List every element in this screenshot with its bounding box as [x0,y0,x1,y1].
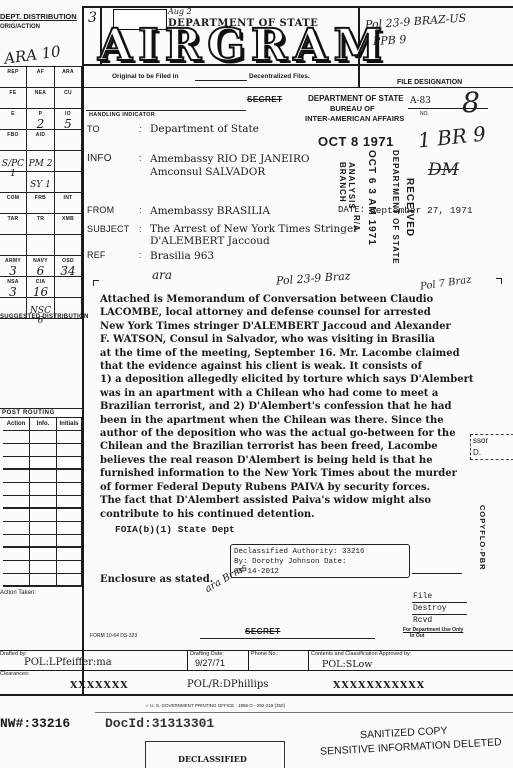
footer-rule-mid [0,670,513,671]
printing-office: ☆ U. S. GOVERNMENT PRINTING OFFICE : 199… [145,703,285,709]
suggested-distribution-label: SUGGESTED DISTRIBUTION [0,314,89,320]
distribution-cell [55,277,82,298]
distribution-cell: REP [0,67,27,88]
from-value: Amembassy BRASILIA [150,205,270,217]
body-line: believes the real reason D'Alembert is b… [100,454,500,467]
drafted-by-value: POL:LPfeiffer:ma [24,657,112,668]
declassified-date: 09-14-2012 [234,567,406,577]
header-bottom-divider [82,87,513,88]
info-label: INFO [87,153,112,164]
distribution-cell: COM [0,193,27,214]
routing-cell [30,522,57,535]
distribution-cell [55,130,82,151]
dept-distribution-label: DEPT. DISTRIBUTION [0,12,77,21]
original-filed-blank [195,80,247,81]
original-filed-label: Original to be Filed in [112,73,178,80]
stamp-department: DEPARTMENT OF STATE [308,94,404,103]
distribution-cell-label: XMB [55,216,81,222]
distribution-cell: IO5 [55,109,82,130]
subject-colon: : [139,224,142,234]
body-line: at the time of the meeting, September 16… [100,347,500,360]
post-routing-label: POST ROUTING [2,410,55,416]
distribution-cell-label: ARA [55,69,81,75]
body-line: F. WATSON, Consul in Salvador, who was v… [100,333,500,346]
printing-rule [95,712,513,713]
distribution-cell [0,235,27,256]
distribution-cell-label: COM [0,195,26,201]
distribution-cell: AID [27,130,55,151]
distribution-cell [55,235,82,256]
action-handwritten: ARA 10 [3,42,62,68]
routing-column-header: Action [3,418,30,431]
action-taken-label: Action Taken: [0,590,36,596]
doc-id: DocId:31313301 [105,716,214,731]
routing-cell [30,483,57,496]
enclosure-note: Enclosure as stated. [100,573,213,586]
body-line: Attached is Memorandum of Conversation b… [100,293,500,306]
in-out-label: In Out [410,633,424,639]
routing-cell [30,509,57,522]
distribution-cell: NEA [27,88,55,109]
file-designation-handwritten-2: PPB 9 [373,33,407,48]
margin-rule-2 [412,602,467,603]
declassified-authority: Declassified Authority: 33216 [234,547,406,557]
routing-cell [57,483,82,496]
to-label: TO [87,124,100,134]
body-line: furnished information to the New York Ti… [100,467,500,480]
footer-divider-2 [248,650,249,670]
distribution-cell-label: CU [55,90,81,96]
distribution-cell: TAR [0,214,27,235]
routing-cell [30,535,57,548]
date-value: September 27, 1971 [370,205,473,216]
phone-label: Phone No.: [251,651,279,657]
distribution-cell-value: 3 [0,264,26,278]
body-paragraph: Attached is Memorandum of Conversation b… [100,293,500,521]
clearances-label: Clearances: [0,671,29,677]
declassification-stamp: Declassified Authority: 33216 By: Doroth… [230,544,410,578]
distribution-cell-label: FE [0,90,26,96]
distribution-cell-value: 3 [0,285,26,299]
routing-cell [3,548,30,561]
nw-number: NW#:33216 [0,716,70,731]
subject-label: SUBJECT [87,224,129,234]
classification-header: SECRET [247,95,282,104]
routing-cell [3,561,30,574]
body-line: Brazilian terrorist, and 2) D'Alembert's… [100,400,500,413]
approved-by-label: Contents and Classification Approved by: [311,651,411,657]
routing-cell [3,470,30,483]
routing-cell [57,509,82,522]
margin-rule-3 [412,614,467,615]
to-colon: : [139,124,142,134]
distribution-cell: OSD34 [55,256,82,277]
form-number: FORM 10-64 DS-323 [90,633,138,639]
to-value: Department of State [150,123,259,135]
decentralized-label: Decentralized Files. [249,73,310,80]
distribution-cell: TR [27,214,55,235]
footer-divider-1 [187,650,188,670]
body-line: 1) a deposition allegedly elicited by to… [100,373,500,386]
distribution-cell-label: AID [27,132,54,138]
circled-number: 3 [88,10,97,26]
footer-divider-3 [308,650,309,670]
ref-label: REF [87,250,106,260]
margin-destroy: Destroy [413,604,447,613]
distribution-cell-label: INT [55,195,81,201]
distribution-cell-label: E [0,111,26,117]
distribution-cell-value: 16 [27,285,54,299]
redacted-fragment-2: D. [473,447,513,459]
routing-cell [3,457,30,470]
distribution-cell-label: TR [27,216,54,222]
distribution-cell: CU [55,88,82,109]
sensitive-info-deleted: SENSITIVE INFORMATION DELETED [320,736,502,757]
body-line: been in the apartment when the Chilean w… [100,414,500,427]
distribution-cell: CIA16 [27,277,55,298]
orig-action-label: ORIG/ACTION [0,24,40,30]
routing-cell [57,561,82,574]
body-line: was in an apartment with a Chilean who h… [100,387,500,400]
clearance-2: POL/R:DPhillips [187,679,268,690]
received-stamp-date: OCT 6 3 AM 1971 [366,150,377,246]
received-stamp-ra: R/A [352,215,361,232]
margin-rcvd: Rcvd [413,616,432,625]
stamp-date: OCT 8 1971 [318,134,394,149]
margin-rule-1 [412,573,462,574]
distribution-cell: S/PC 1 [0,151,27,172]
body-line: that the evidence against his client is … [100,360,500,373]
top-border [82,6,513,8]
distribution-cell: E [0,109,27,130]
redacted-right-box: ssor D. [470,434,513,460]
distribution-cell: FBO [0,130,27,151]
routing-cell [30,431,57,444]
routing-cell [30,470,57,483]
distribution-grid: REPAFARAFENEACUEP2IO5FBOAIDS/PC 1PM 2SY … [0,66,82,325]
distribution-cell: INT [55,193,82,214]
distribution-cell: NAVY6 [27,256,55,277]
routing-cell [57,535,82,548]
from-label: FROM [87,205,114,215]
distribution-cell: FRB [27,193,55,214]
approved-by-value: POL:SLow [322,659,372,670]
routing-cell [57,574,82,587]
routing-cell [57,496,82,509]
handwritten-eight: 8 [462,86,480,119]
footer-secret-rule [200,638,375,639]
distribution-cell [55,151,82,172]
copyflo-stamp: COPYFLO-PBR [478,505,487,571]
received-stamp-received: RECEIVED [404,178,415,237]
routing-cell [3,522,30,535]
bracket-left [93,280,99,286]
routing-cell [57,444,82,457]
body-line: The fact that D'Alembert assisted Paiva'… [100,494,500,507]
distribution-cell-label: TAR [0,216,26,222]
routing-cell [30,574,57,587]
distribution-cell-value: 2 [27,117,54,131]
file-designation-label: FILE DESIGNATION [397,79,462,86]
routing-cell [30,561,57,574]
distribution-cell: NSA3 [0,277,27,298]
routing-cell [57,548,82,561]
drafted-by-label: Drafted by: [0,651,27,657]
ref-colon: : [139,250,142,260]
distribution-cell: PM 2 [27,151,55,172]
handwritten-br: 1 BR 9 [417,122,487,153]
body-line: author of the deposition who was the act… [100,427,500,440]
stamp-affairs: INTER-AMERICAN AFFAIRS [305,114,404,123]
routing-cell [30,444,57,457]
routing-cell [3,444,30,457]
file-designation-handwritten-1: Pol 23-9 BRAZ-US [365,11,467,31]
distribution-cell [27,235,55,256]
distribution-cell: ARMY3 [0,256,27,277]
handling-indicator-line [86,110,246,111]
routing-cell [30,457,57,470]
bracket-right [496,278,502,284]
drafting-date-value: 9/27/71 [195,658,225,668]
distribution-cell-value: 6 [27,264,54,278]
distribution-cell-label: FRB [27,195,54,201]
margin-file: File [413,592,432,601]
distribution-cell: FE [0,88,27,109]
routing-column-header: Initials [57,418,82,431]
redacted-fragment-1: ssor [473,435,513,447]
stamp-bureau: BUREAU OF [330,104,375,113]
routing-cell [3,431,30,444]
airgram-no-label: NO. [420,111,429,117]
routing-cell [57,431,82,444]
handwritten-ara: ara [152,268,172,282]
distribution-cell-value: PM 2 [27,159,54,169]
post-routing-grid: ActionInfo.Initials [0,417,82,588]
footer-rule-bottom [0,694,513,696]
distribution-cell: ARA [55,67,82,88]
handwritten-pol-23-9: Pol 23-9 Braz [276,269,351,287]
airgram-title: AIRGRAM [98,26,388,66]
clearance-1: XXXXXXX [70,680,129,691]
airgram-number: A-83 [410,96,431,106]
top-handwritten-note: Aug 2 [168,7,192,16]
handwritten-pol-7: Pol 7 Braz [419,274,472,292]
handwritten-dm: DM [428,160,459,180]
distribution-cell: AF [27,67,55,88]
routing-cell [3,535,30,548]
body-line: contribute to his continued detention. [100,508,500,521]
received-stamp-department: DEPARTMENT OF STATE [391,150,400,265]
distribution-cell-label: AF [27,69,54,75]
body-line: LACOMBE, local attorney and defense coun… [100,306,500,319]
info-value-2: Amconsul SALVADOR [150,166,265,178]
routing-cell [57,470,82,483]
body-line: of former Federal Deputy Rubens PAIVA by… [100,481,500,494]
drafting-date-label: Drafting Date: [190,651,224,657]
foia-note: FOIA(b)(1) State Dept [115,524,235,535]
distribution-cell-label: FBO [0,132,26,138]
left-column-border [82,6,84,696]
classification-footer: SECRET [245,627,280,636]
distribution-cell-label: NEA [27,90,54,96]
ref-value: Brasilia 963 [150,250,214,262]
distribution-cell-value: 5 [55,117,81,131]
clearance-3: XXXXXXXXXXX [333,680,425,691]
from-colon: : [139,205,142,215]
distribution-cell-value: 34 [55,264,81,278]
body-line: New York Times stringer D'ALEMBERT Jacco… [100,320,500,333]
declassified-by: By: Dorothy Johnson Date: [234,557,406,567]
distribution-cell [0,172,27,193]
distribution-cell [55,172,82,193]
routing-cell [3,483,30,496]
distribution-cell: SY 1 [27,172,55,193]
routing-cell [3,509,30,522]
routing-cell [3,574,30,587]
distribution-cell: XMB [55,214,82,235]
routing-column-header: Info. [30,418,57,431]
declassified-label: DECLASSIFIED [178,754,247,764]
routing-cell [30,496,57,509]
routing-cell [30,548,57,561]
info-colon: : [139,153,142,163]
post-routing-top [0,408,82,409]
routing-cell [3,496,30,509]
routing-cell [57,457,82,470]
handling-indicator-label: HANDLING INDICATOR [89,112,155,118]
info-value-1: Amembassy RIO DE JANEIRO [150,153,309,165]
received-stamp-analysis: ANALYSIS BRANCH [338,162,356,252]
body-line: Chilean and the Brazilian terrorist has … [100,440,500,453]
distribution-cell-label: REP [0,69,26,75]
distribution-cell-value: SY 1 [27,180,54,190]
distribution-cell: P2 [27,109,55,130]
routing-cell [57,522,82,535]
